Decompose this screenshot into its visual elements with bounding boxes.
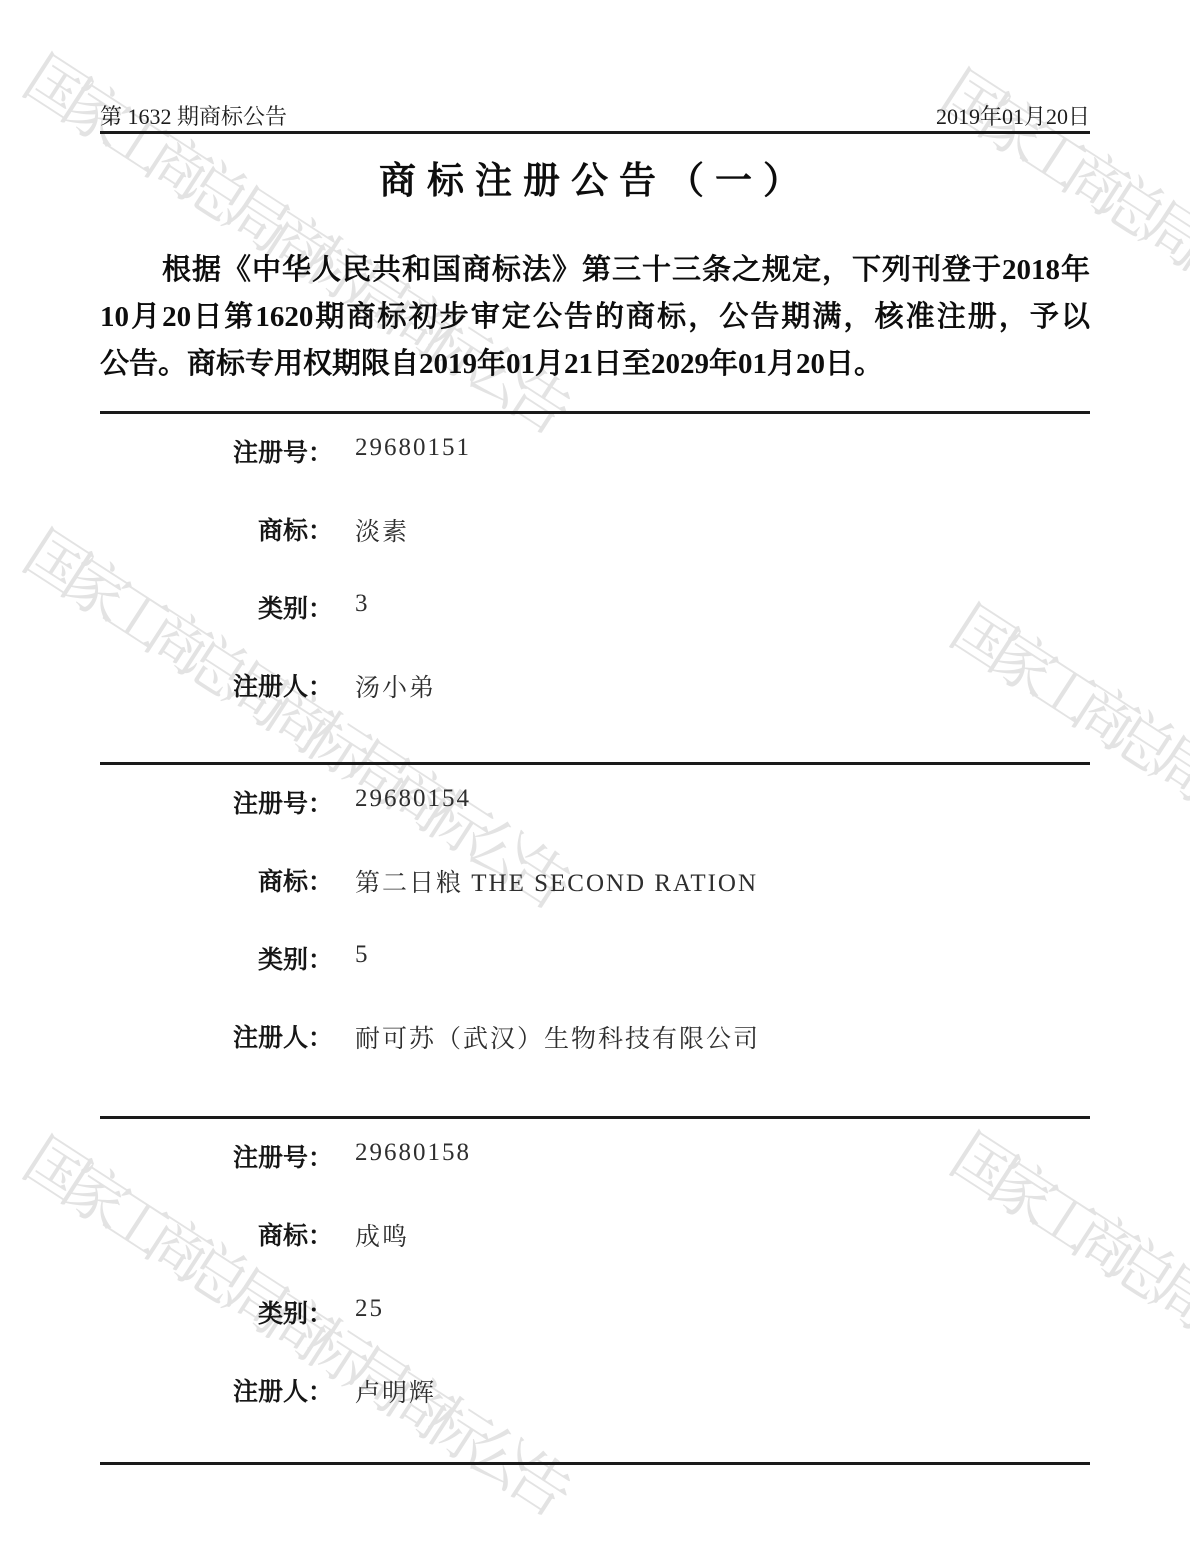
trademark-row: 商标： 成鸣 [100, 1216, 1090, 1250]
trademark-row: 商标： 第二日粮 THE SECOND RATION [100, 862, 1090, 896]
notice-paragraph: 根据《中华人民共和国商标法》第三十三条之规定，下列刊登于2018年 10月20日… [100, 247, 1090, 388]
trademark-entry: 注册号： 29680158 商标： 成鸣 类别： 25 注册人： 卢明辉 [100, 1116, 1090, 1466]
registrant-label: 注册人： [100, 1372, 333, 1408]
class-row: 类别： 25 [100, 1294, 1090, 1328]
trademark-entry: 注册号： 29680154 商标： 第二日粮 THE SECOND RATION… [100, 762, 1090, 1112]
trademark-label: 商标： [100, 1216, 333, 1252]
registrant-row: 注册人： 耐可苏（武汉）生物科技有限公司 [100, 1018, 1090, 1052]
trademark-entry: 注册号： 29680151 商标： 淡素 类别： 3 注册人： 汤小弟 [100, 411, 1090, 761]
gazette-page: { "header": { "issue": "第 1632 期商标公告", "… [0, 0, 1190, 1564]
registrant-label: 注册人： [100, 667, 333, 703]
entry-divider [100, 411, 1090, 414]
notice-line: 根据《中华人民共和国商标法》第三十三条之规定，下列刊登于2018年 [100, 247, 1090, 294]
registration-number-value: 29680154 [355, 785, 471, 813]
page-content: 第 1632 期商标公告 2019年01月20日 商标注册公告（一） 根据《中华… [0, 0, 1190, 1564]
page-title: 商标注册公告（一） [0, 150, 1190, 204]
registration-number-label: 注册号： [100, 433, 333, 469]
class-label: 类别： [100, 940, 333, 976]
trademark-value: 第二日粮 THE SECOND RATION [355, 863, 758, 899]
trademark-label: 商标： [100, 511, 333, 547]
registrant-label: 注册人： [100, 1018, 333, 1054]
header-rule [100, 131, 1090, 134]
notice-line: 10月20日第1620期商标初步审定公告的商标，公告期满，核准注册，予以 [100, 294, 1090, 341]
registrant-row: 注册人： 汤小弟 [100, 667, 1090, 701]
class-label: 类别： [100, 1294, 333, 1330]
class-row: 类别： 5 [100, 940, 1090, 974]
entry-divider [100, 1116, 1090, 1119]
registration-number-row: 注册号： 29680154 [100, 784, 1090, 818]
registrant-value: 耐可苏（武汉）生物科技有限公司 [355, 1019, 760, 1055]
class-row: 类别： 3 [100, 589, 1090, 623]
trademark-label: 商标： [100, 862, 333, 898]
registrant-row: 注册人： 卢明辉 [100, 1372, 1090, 1406]
trademark-row: 商标： 淡素 [100, 511, 1090, 545]
registration-number-value: 29680151 [355, 434, 471, 462]
registrant-value: 汤小弟 [355, 668, 436, 704]
registration-number-row: 注册号： 29680151 [100, 433, 1090, 467]
registrant-value: 卢明辉 [355, 1373, 436, 1409]
registration-number-value: 29680158 [355, 1139, 471, 1167]
registration-number-label: 注册号： [100, 1138, 333, 1174]
class-label: 类别： [100, 589, 333, 625]
registration-number-label: 注册号： [100, 784, 333, 820]
trademark-value: 淡素 [355, 512, 409, 548]
entry-divider [100, 762, 1090, 765]
class-value: 3 [355, 590, 370, 618]
registration-number-row: 注册号： 29680158 [100, 1138, 1090, 1172]
notice-line: 公告。商标专用权期限自2019年01月21日至2029年01月20日。 [100, 341, 1090, 388]
closing-divider [100, 1462, 1090, 1465]
class-value: 25 [355, 1295, 384, 1323]
header-date: 2019年01月20日 [936, 100, 1090, 131]
header-issue-number: 第 1632 期商标公告 [100, 100, 287, 131]
trademark-value: 成鸣 [355, 1217, 409, 1253]
class-value: 5 [355, 941, 370, 969]
